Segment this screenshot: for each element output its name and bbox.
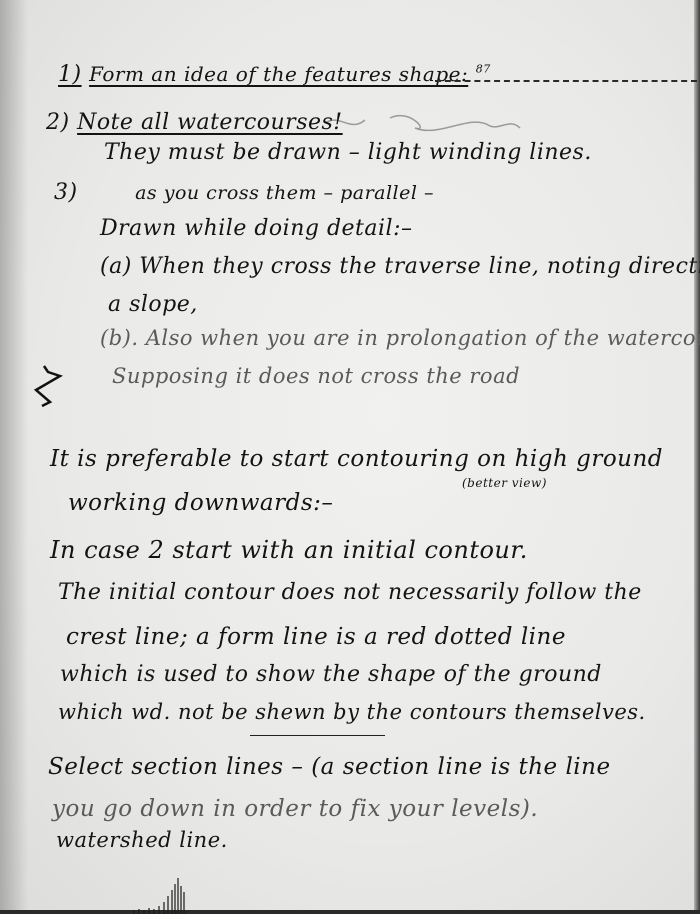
note-line-3: They must be drawn – light winding lines…: [104, 140, 592, 165]
line-text: working downwards:–: [68, 490, 333, 516]
line-text: The initial contour does not necessarily…: [58, 580, 642, 605]
page-edge-bottom: [0, 910, 700, 914]
line-text: It is preferable to start contouring on …: [50, 446, 663, 472]
note-line-16: which wd. not be shewn by the contours t…: [58, 700, 646, 724]
underline-not-be-shewn: [250, 735, 385, 736]
note-line-8: (b). Also when you are in prolongation o…: [100, 326, 700, 350]
line-text: which is used to show the shape of the g…: [60, 662, 602, 687]
note-annotation-better-view: (better view): [462, 476, 547, 490]
line-text: When they cross the traverse line, notin…: [139, 254, 700, 279]
note-line-13: The initial contour does not necessarily…: [58, 580, 642, 605]
item-number: 1): [58, 62, 82, 87]
line-text: a slope,: [108, 292, 198, 317]
line-text: which wd. not be shewn by the contours t…: [58, 700, 646, 724]
line-text: (better view): [462, 476, 547, 490]
margin-mark-5: [26, 362, 66, 410]
item-number: 3): [54, 180, 78, 205]
note-line-11: working downwards:–: [68, 490, 333, 516]
dashed-rule: [435, 80, 697, 82]
note-line-5: Drawn while doing detail:–: [100, 216, 413, 241]
line-text: They must be drawn – light winding lines…: [104, 140, 592, 165]
item-label: (a): [100, 254, 132, 279]
line-text: Supposing it does not cross the road: [112, 364, 520, 388]
line-text: Also when you are in prolongation of the…: [146, 326, 700, 350]
line-text: In case 2 start with an initial contour.: [50, 536, 528, 564]
note-line-10: It is preferable to start contouring on …: [50, 446, 663, 472]
line-text: Note all watercourses!: [77, 110, 343, 135]
line-text: crest line; a form line is a red dotted …: [66, 624, 566, 650]
line-text: Select section lines – (a section line i…: [48, 754, 611, 780]
line-text: Drawn while doing detail:–: [100, 216, 413, 241]
note-line-17: Select section lines – (a section line i…: [48, 754, 611, 780]
note-line-4: 3) as you cross them – parallel –: [54, 180, 434, 205]
note-line-19: watershed line.: [56, 828, 228, 852]
note-line-18: you go down in order to fix your levels)…: [52, 796, 538, 822]
page-shadow-left: [0, 0, 28, 914]
line-text: you go down in order to fix your levels)…: [52, 796, 538, 822]
note-line-6: (a) When they cross the traverse line, n…: [100, 254, 700, 279]
line-text: Form an idea of the features shape:: [89, 62, 468, 86]
note-line-12: In case 2 start with an initial contour.: [50, 536, 528, 564]
note-line-14: crest line; a form line is a red dotted …: [66, 624, 566, 650]
page-edge-right: [694, 0, 700, 914]
note-line-9: Supposing it does not cross the road: [112, 364, 520, 388]
line-text: watershed line.: [56, 828, 228, 852]
item-label: (b).: [100, 326, 139, 350]
note-line-1: 1) Form an idea of the features shape: 8…: [58, 62, 491, 87]
note-line-2: 2) Note all watercourses!: [46, 110, 343, 135]
note-line-15: which is used to show the shape of the g…: [60, 662, 602, 687]
pencil-squiggle-sketch: [320, 108, 530, 138]
line-text: as you cross them – parallel –: [135, 182, 434, 204]
hatching-sketch: [130, 876, 200, 914]
page-ref-superscript: 87: [476, 63, 491, 76]
item-number: 2): [46, 110, 70, 135]
note-line-7: a slope,: [108, 292, 198, 317]
notebook-page: 1) Form an idea of the features shape: 8…: [0, 0, 700, 914]
